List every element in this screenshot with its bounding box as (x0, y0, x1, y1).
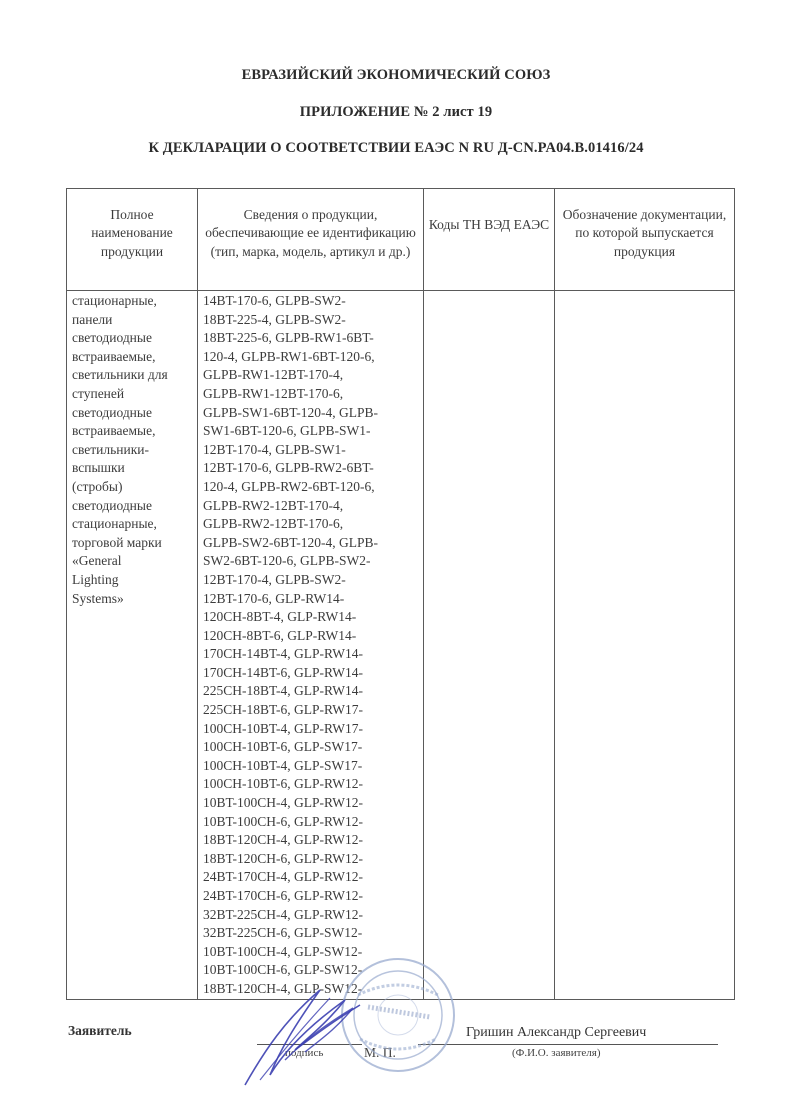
table-header-row: Полное наименование продукции Сведения о… (67, 189, 735, 291)
header-hs-codes-text: Коды ТН ВЭД ЕАЭС (428, 216, 550, 235)
signature-icon (225, 980, 365, 1090)
table-row: стационарные, панели светодиодные встраи… (67, 291, 735, 1000)
union-title: ЕВРАЗИЙСКИЙ ЭКОНОМИЧЕСКИЙ СОЮЗ (0, 67, 792, 84)
appendix-title: ПРИЛОЖЕНИЕ № 2 лист 19 (0, 104, 792, 121)
name-line (418, 1044, 718, 1045)
header-identification-text: Сведения о продукции, обеспечивающие ее … (202, 206, 419, 262)
header-identification: Сведения о продукции, обеспечивающие ее … (198, 189, 424, 291)
header-hs-codes: Коды ТН ВЭД ЕАЭС (424, 189, 555, 291)
header-documentation-text: Обозначение документации, по которой вып… (559, 206, 730, 262)
header-documentation: Обозначение документации, по которой вып… (555, 189, 735, 291)
cell-documentation (555, 291, 735, 1000)
cell-product-name: стационарные, панели светодиодные встраи… (67, 291, 198, 1000)
name-caption: (Ф.И.О. заявителя) (512, 1047, 601, 1059)
cell-identification: 14BT-170-6, GLPB-SW2- 18BT-225-4, GLPB-S… (198, 291, 424, 1000)
header-product-name-text: Полное наименование продукции (71, 206, 193, 262)
declaration-title: К ДЕКЛАРАЦИИ О СООТВЕТСТВИИ ЕАЭС N RU Д-… (0, 140, 792, 157)
header-product-name: Полное наименование продукции (67, 189, 198, 291)
applicant-name: Гришин Александр Сергеевич (466, 1025, 646, 1041)
applicant-label: Заявитель (68, 1023, 132, 1039)
cell-hs-codes (424, 291, 555, 1000)
products-table: Полное наименование продукции Сведения о… (66, 188, 735, 1000)
